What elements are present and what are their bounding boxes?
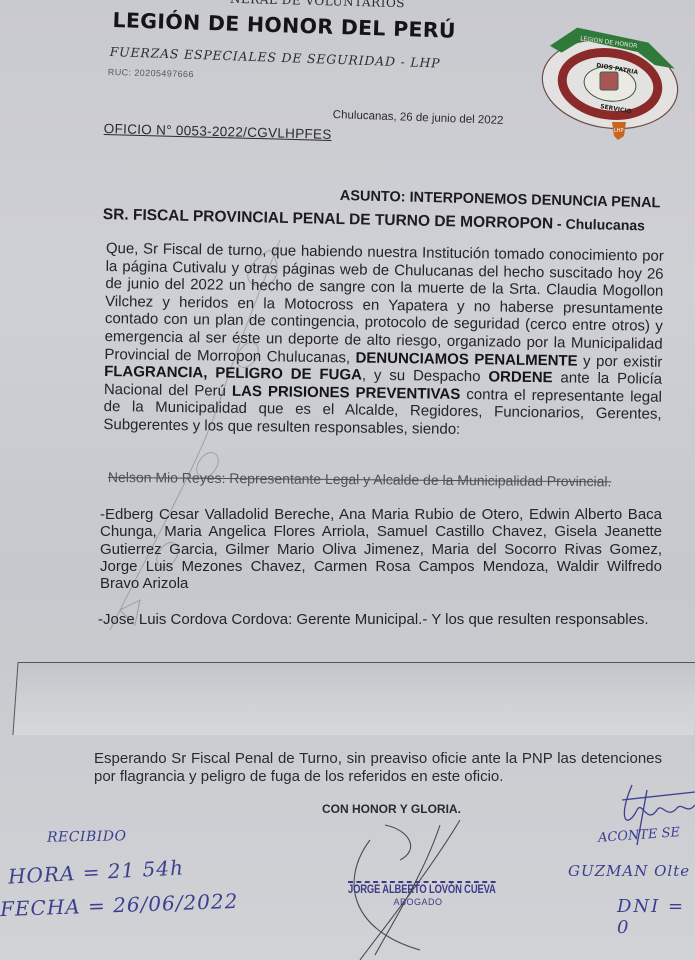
paragraph-denuncia: Que, Sr Fiscal de turno, que habiendo nu… xyxy=(103,240,664,441)
addressee-main: SR. FISCAL PROVINCIAL PENAL DE TURNO DE … xyxy=(103,206,554,232)
addressee-suffix: - Chulucanas xyxy=(553,215,645,233)
place-and-date: Chulucanas, 26 de junio del 2022 xyxy=(333,109,504,127)
subject-line: ASUNTO: INTERPONEMOS DENUNCIA PENAL xyxy=(340,188,661,211)
stamp-role: ABOGADO xyxy=(308,897,528,907)
paragraph-text: , y su Despacho xyxy=(362,367,489,386)
handwritten-right-3: DNI = 0 xyxy=(617,896,695,938)
paragraph-gerente: -Jose Luis Cordova Cordova: Gerente Muni… xyxy=(98,611,662,629)
redacted-area xyxy=(12,662,695,735)
header-top-line: NERAL DE VOLUNTARIOS xyxy=(230,0,405,10)
organization-logo: DIOS PATRIA SERVICIO LEGION DE HONOR LHP xyxy=(538,22,688,140)
svg-text:LHP: LHP xyxy=(614,128,624,134)
organization-subtitle: FUERZAS ESPECIALES DE SEGURIDAD - LHP xyxy=(109,44,440,71)
emphasis-text: ORDENE xyxy=(488,369,552,387)
stamp-name: JORGE ALBERTO LOVÓN CUEVA xyxy=(348,881,496,896)
paragraph-text: Que, Sr Fiscal de turno, que habiendo nu… xyxy=(104,240,664,366)
addressee: SR. FISCAL PROVINCIAL PENAL DE TURNO DE … xyxy=(103,206,645,235)
closing-salutation: CON HONOR Y GLORIA. xyxy=(322,802,461,816)
paragraph-text: y por existir xyxy=(578,352,663,370)
handwritten-right-2: GUZMAN Olte xyxy=(568,862,690,880)
organization-title: LEGIÓN DE HONOR DEL PERÚ xyxy=(112,8,456,43)
handwritten-received: RECIBIDO xyxy=(47,828,127,845)
ruc-number: RUC: 20205497666 xyxy=(108,67,194,79)
handwritten-date: FECHA = 26/06/2022 xyxy=(0,889,239,921)
lawyer-stamp: JORGE ALBERTO LOVÓN CUEVA ABOGADO xyxy=(348,880,528,907)
paragraph-accused-list: -Edberg Cesar Valladolid Bereche, Ana Ma… xyxy=(100,506,662,592)
document-reference: OFICIO N° 0053-2022/CGVLHPFES xyxy=(104,121,332,142)
struck-through-line: Nelson Mio Reyes: Representante Legal y … xyxy=(108,469,612,489)
paragraph-request: Esperando Sr Fiscal Penal de Turno, sin … xyxy=(94,750,662,786)
handwritten-time: HORA = 21 54h xyxy=(7,855,184,888)
